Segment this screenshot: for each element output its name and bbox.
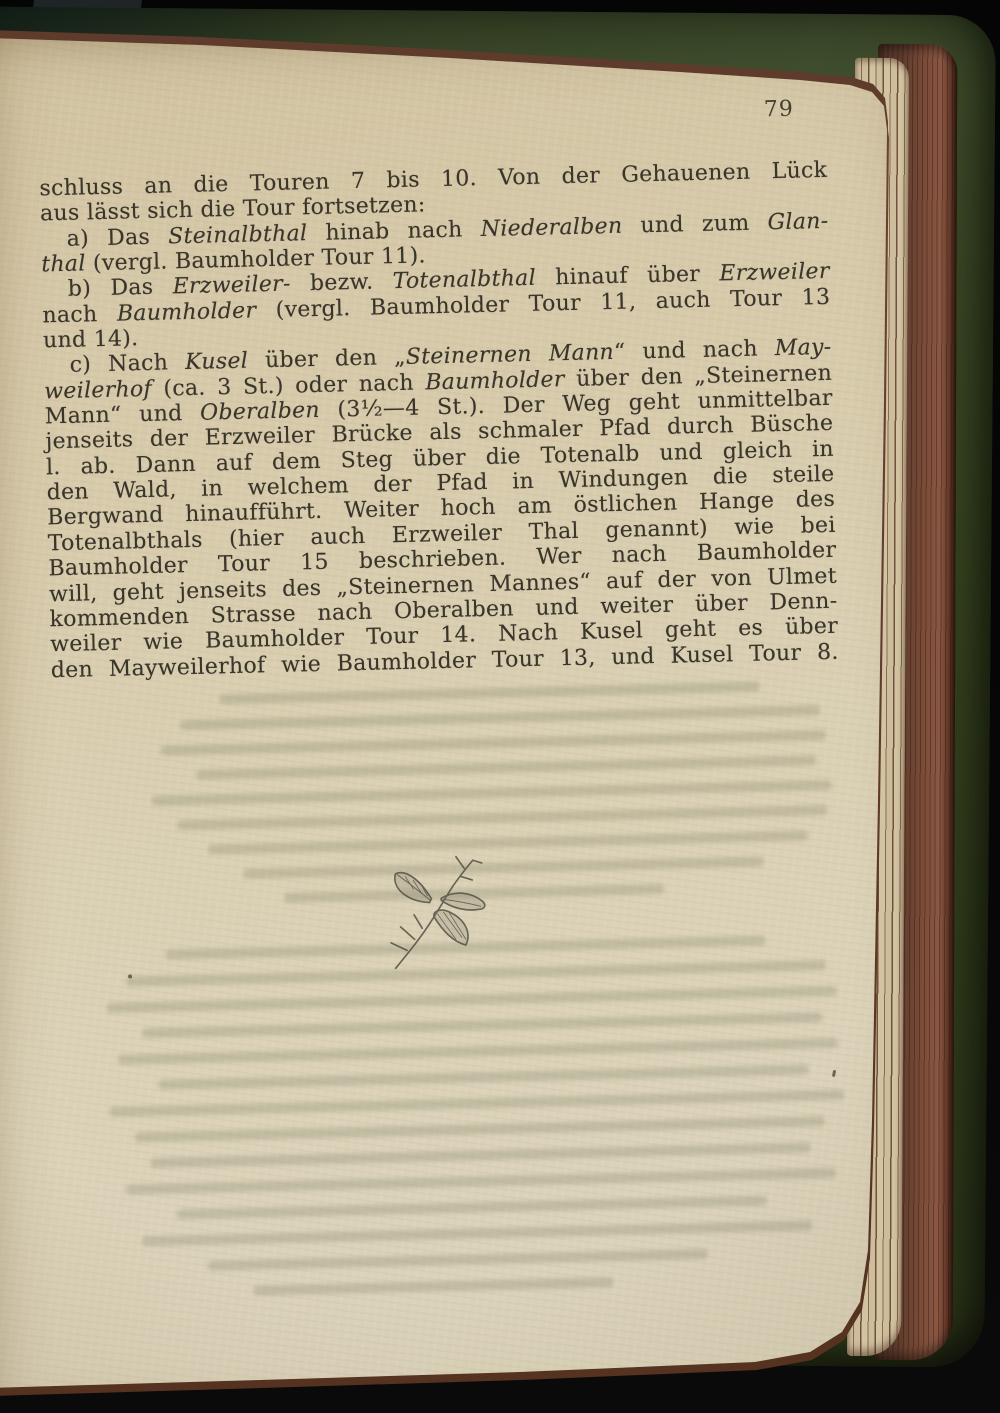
show-through-line [161, 730, 826, 756]
show-through-line [208, 831, 808, 855]
show-through-line [142, 1012, 822, 1038]
show-through-line [253, 1277, 613, 1295]
show-through-line [177, 1196, 767, 1220]
show-through-line [177, 805, 827, 830]
show-through-line [159, 1065, 809, 1090]
show-through-line [244, 857, 764, 879]
show-through-text-block [105, 933, 863, 1315]
show-through-line [126, 1168, 836, 1195]
show-through-line [208, 1249, 708, 1271]
page-number: 79 [686, 97, 795, 125]
show-through-line [152, 780, 832, 806]
ink-speck [128, 974, 132, 978]
show-through-line [118, 1038, 838, 1065]
body-text: schluss an die Touren 7 bis 10. Von der … [39, 158, 839, 683]
show-through-line [180, 705, 820, 730]
scan-background: 79 schluss an die Touren 7 bis 10. Von d… [0, 0, 1000, 1413]
book-page: 79 schluss an die Touren 7 bis 10. Von d… [0, 30, 890, 1402]
show-through-line [109, 1090, 844, 1117]
show-through-line [107, 986, 837, 1013]
show-through-line [150, 1143, 810, 1169]
show-through-line [196, 755, 816, 780]
printed-area: 79 schluss an die Touren 7 bis 10. Von d… [0, 10, 918, 1403]
show-through-line [135, 1116, 825, 1142]
leaf-sprig-ornament-icon [375, 846, 496, 977]
show-through-line [219, 682, 759, 705]
show-through-text-block [149, 680, 844, 921]
show-through-line [142, 1221, 812, 1247]
